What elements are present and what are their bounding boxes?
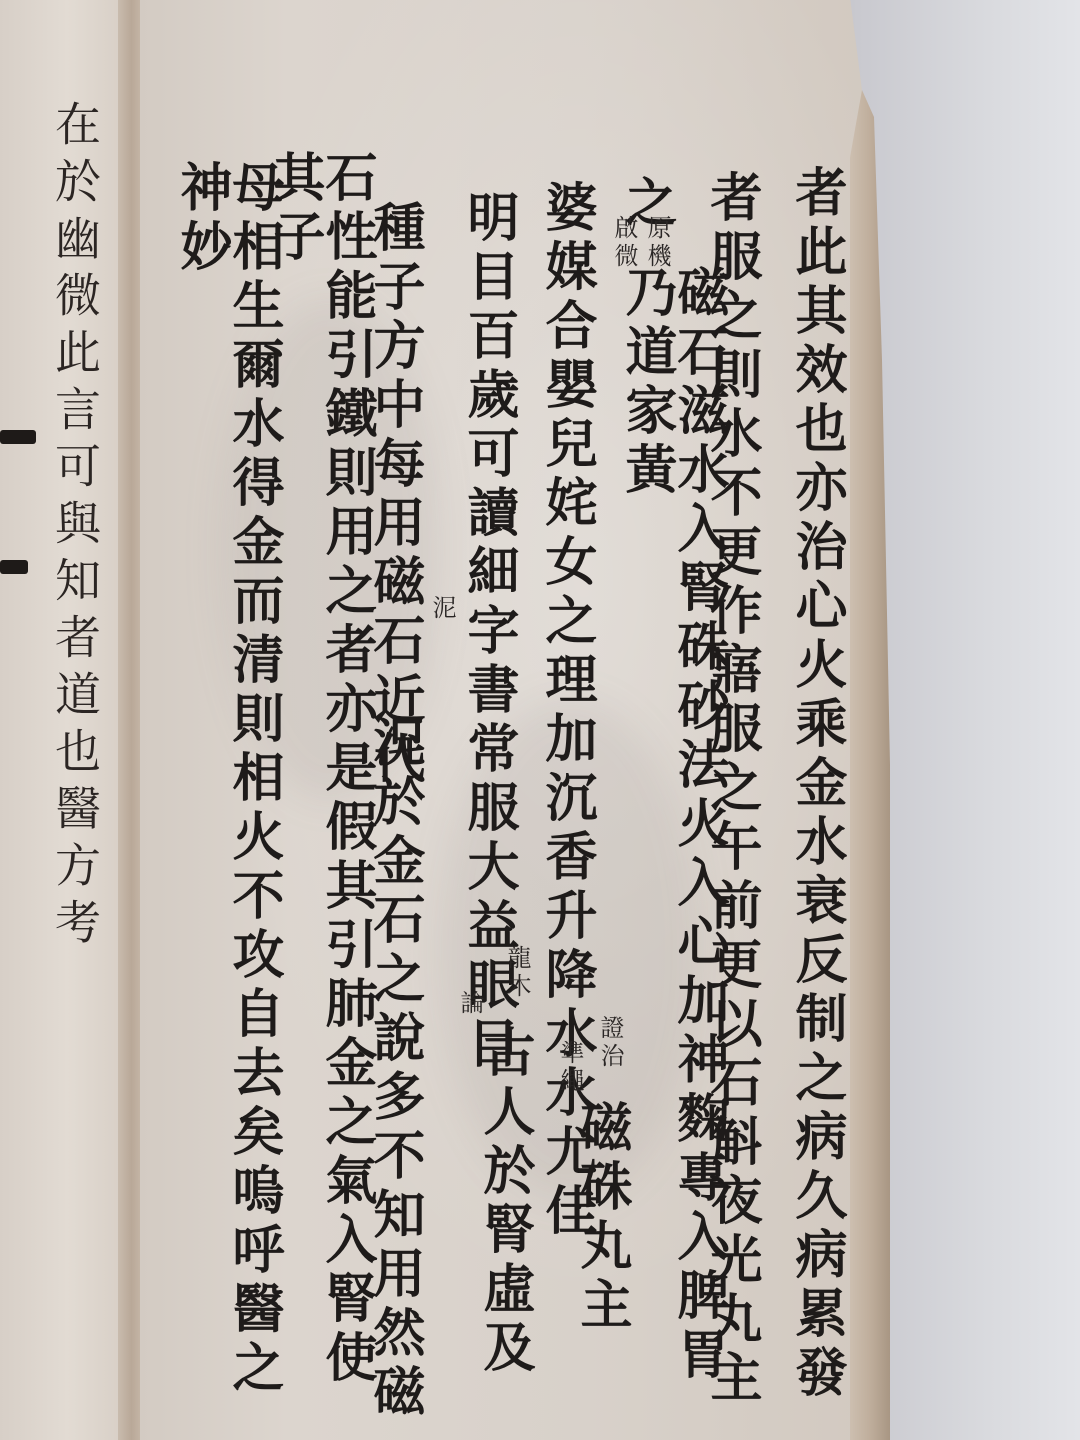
annotation-source: 準繩: [558, 1040, 582, 1096]
annotation-char: 泥: [430, 595, 454, 623]
ink-mark: [0, 560, 28, 574]
annotation-source: 原機: [645, 215, 669, 271]
text-column-4-tail: 磁硃丸主: [575, 1100, 627, 1336]
text-column-1: 者此其效也亦治心火乘金水衰反制之病久病累發: [790, 165, 842, 1404]
text-column-3: 磁石滋水入腎硃砂法火入心加神麴專入脾胃乃道家黃: [620, 265, 724, 1440]
left-page-column: 在於幽微此言可與知者道也醫方考: [52, 100, 98, 955]
annotation-source: 龍木: [505, 945, 529, 1001]
left-page: 在於幽微此言可與知者道也醫方考: [0, 0, 135, 1440]
ink-mark: [0, 430, 36, 444]
text-column-5: 明目百歲可讀細字書常服大益眼目: [462, 190, 514, 1075]
text-column-5-tail: 古人於腎虛及: [478, 1025, 530, 1379]
annotation-source: 證治: [598, 1015, 622, 1071]
annotation-source: 啟微: [612, 215, 636, 271]
annotation-source: 論: [458, 990, 482, 1018]
text-column-8: 母相生爾水得金而清則相火不攻自去矣嗚呼醫之神妙: [175, 160, 279, 1440]
